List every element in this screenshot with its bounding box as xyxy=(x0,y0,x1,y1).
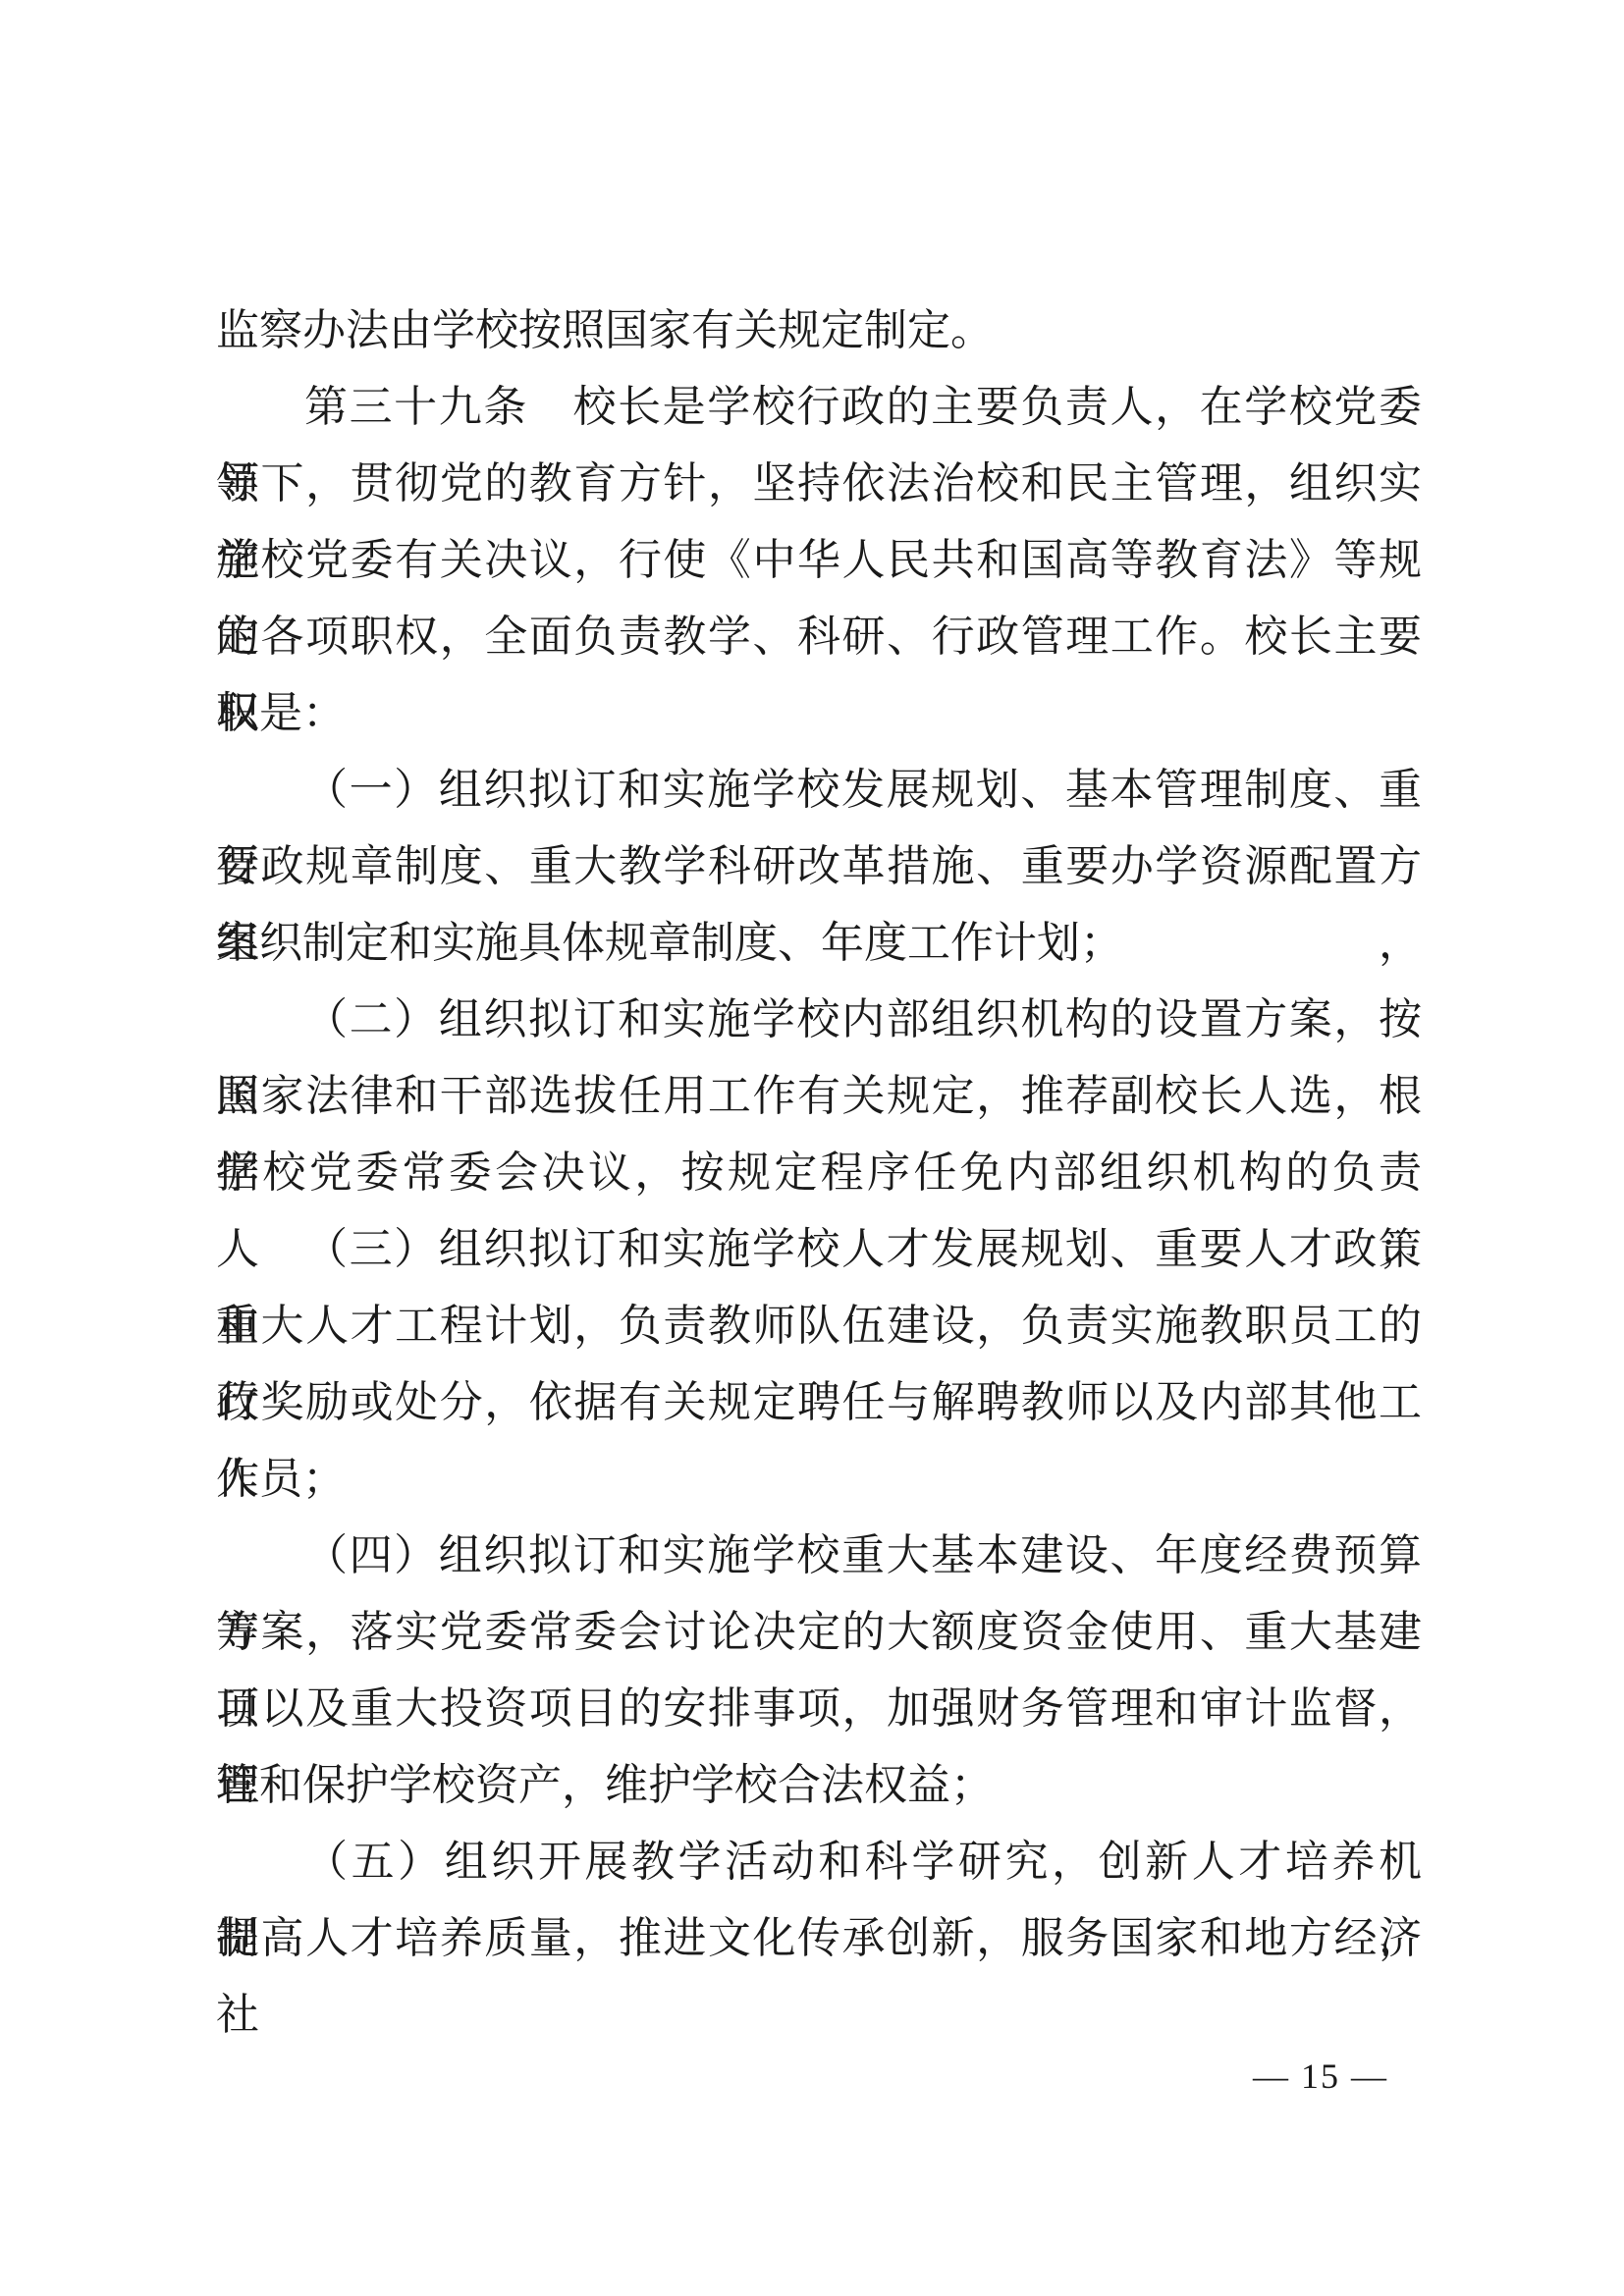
text-line: 行政规章制度、重大教学科研改革措施、重要办学资源配置方案， xyxy=(216,828,1422,905)
text-line: 目以及重大投资项目的安排事项，加强财务管理和审计监督，管 xyxy=(216,1671,1422,1747)
text-line: 导下，贯彻党的教育方针，坚持依法治校和民主管理，组织实施 xyxy=(216,446,1422,522)
text-line: 人员； xyxy=(216,1441,1422,1518)
document-text-block: 监察办法由学校按照国家有关规定制定。 第三十九条 校长是学校行政的主要负责人，在… xyxy=(216,293,1422,1977)
text-line: 提高人才培养质量，推进文化传承创新，服务国家和地方经济社 xyxy=(216,1900,1422,1977)
text-line: 理和保护学校资产，维护学校合法权益； xyxy=(216,1747,1422,1824)
text-line: （五）组织开展教学活动和科学研究，创新人才培养机制， xyxy=(216,1824,1422,1900)
text-line: 重大人才工程计划，负责教师队伍建设，负责实施教职员工的行 xyxy=(216,1288,1422,1364)
text-line: （一）组织拟订和实施学校发展规划、基本管理制度、重要 xyxy=(216,752,1422,828)
text-line: （三）组织拟订和实施学校人才发展规划、重要人才政策和 xyxy=(216,1211,1422,1288)
text-line: 政奖励或处分，依据有关规定聘任与解聘教师以及内部其他工作 xyxy=(216,1364,1422,1441)
text-line: （二）组织拟订和实施学校内部组织机构的设置方案，按照 xyxy=(216,982,1422,1058)
document-page: 监察办法由学校按照国家有关规定制定。 第三十九条 校长是学校行政的主要负责人，在… xyxy=(0,0,1624,2296)
text-line: 国家法律和干部选拔任用工作有关规定，推荐副校长人选，根据 xyxy=(216,1058,1422,1135)
text-line: 权是： xyxy=(216,675,1422,752)
text-line: 第三十九条 校长是学校行政的主要负责人，在学校党委领 xyxy=(216,369,1422,446)
text-line: 学校党委有关决议，行使《中华人民共和国高等教育法》等规定 xyxy=(216,522,1422,599)
text-line: （四）组织拟订和实施学校重大基本建设、年度经费预算等 xyxy=(216,1518,1422,1594)
text-line: 监察办法由学校按照国家有关规定制定。 xyxy=(216,293,1422,369)
text-line: 方案，落实党委常委会讨论决定的大额度资金使用、重大基建项 xyxy=(216,1594,1422,1671)
page-number: — 15 — xyxy=(1222,2056,1419,2097)
text-line: 学校党委常委会决议，按规定程序任免内部组织机构的负责人； xyxy=(216,1135,1422,1211)
text-line: 的各项职权，全面负责教学、科研、行政管理工作。校长主要职 xyxy=(216,599,1422,675)
